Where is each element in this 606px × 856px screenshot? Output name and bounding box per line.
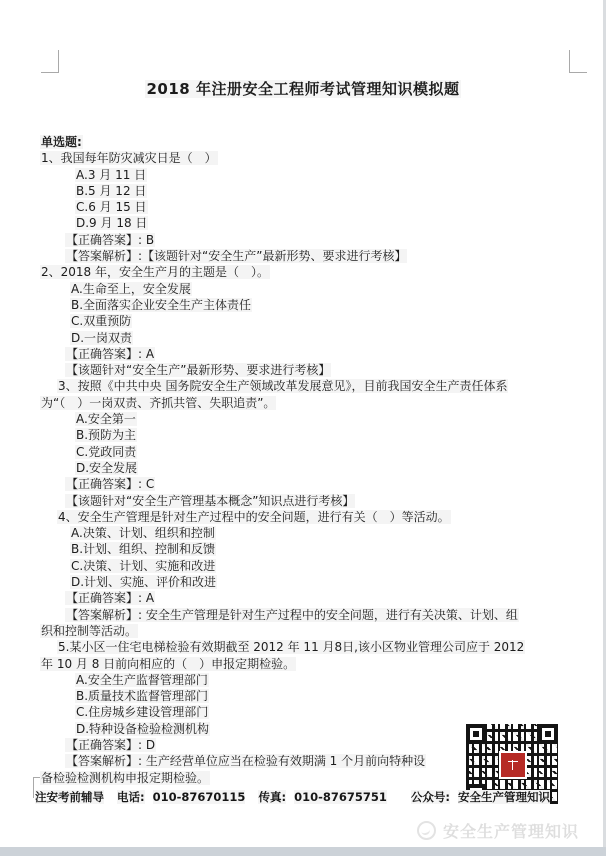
doc-title: 2018 年注册安全工程师考试管理知识模拟题	[0, 78, 606, 99]
q5-option-a: A.安全生产监督管理部门	[40, 672, 576, 688]
q4-answer-analysis-line2: 织和控制等活动。	[40, 623, 576, 639]
wechat-account: 安全生产管理知识	[458, 790, 550, 804]
brand-name: 安全生产管理知识	[443, 819, 579, 842]
qr-finder-top-left	[466, 724, 486, 744]
question-1: 1、我国每年防灾减灾日是（ ）	[40, 150, 576, 166]
q4-option-b: B.计划、组织、控制和反馈	[40, 541, 576, 557]
q2-option-a: A.生命至上，安全发展	[40, 281, 576, 297]
bottom-gray-band	[0, 847, 606, 856]
q1-option-c: C.6 月 15 日	[40, 199, 576, 215]
q2-option-b: B.全面落实企业安全生产主体责任	[40, 297, 576, 313]
brand-watermark: 安全生产管理知识	[417, 819, 579, 842]
q3-option-c: C.党政同责	[40, 444, 576, 460]
q4-option-a: A.决策、计划、组织和控制	[40, 525, 576, 541]
q2-correct-answer: 【正确答案】: A	[40, 346, 576, 362]
question-4: 4、安全生产管理是针对生产过程中的安全问题，进行有关（ ）等活动。	[40, 509, 576, 525]
q5-option-b: B.质量技术监督管理部门	[40, 688, 576, 704]
wechat-label: 公众号:	[411, 790, 450, 804]
question-5-line1: 5.某小区一住宅电梯检验有效期截至 2012 年 11 月8日,该小区物业管理公…	[40, 639, 576, 655]
phone-label: 电话:	[117, 790, 145, 804]
q2-option-d: D.一岗双责	[40, 330, 576, 346]
phone-number: 010-87670115	[153, 790, 246, 804]
q1-option-d: D.9 月 18 日	[40, 215, 576, 231]
fax-label: 传真:	[258, 790, 286, 804]
qr-finder-top-right	[538, 724, 558, 744]
q3-option-a: A.安全第一	[40, 411, 576, 427]
fax-number: 010-87675751	[294, 790, 387, 804]
q4-answer-analysis-line1: 【答案解析】: 安全生产管理是针对生产过程中的安全问题，进行有关决策、计划、组	[40, 607, 576, 623]
q1-option-a: A.3 月 11 日	[40, 167, 576, 183]
question-3-line2: 为“（ ）一岗双责、齐抓共管、失职追责”。	[40, 395, 576, 411]
question-5-line2: 年 10 月 8 日前向相应的（ ）申报定期检验。	[40, 656, 576, 672]
doc-body: 单选题: 1、我国每年防灾减灾日是（ ） A.3 月 11 日 B.5 月 12…	[40, 134, 576, 786]
q4-option-d: D.计划、实施、评价和改进	[40, 574, 576, 590]
q3-option-d: D.安全发展	[40, 460, 576, 476]
document-page: 2018 年注册安全工程师考试管理知识模拟题 单选题: 1、我国每年防灾减灾日是…	[0, 0, 606, 856]
footer-prefix: 注安考前辅导	[35, 790, 104, 804]
q2-answer-analysis: 【该题针对“安全生产”最新形势、要求进行考核】	[40, 362, 576, 378]
q1-option-b: B.5 月 12 日	[40, 183, 576, 199]
margin-crop-mark-top-left	[41, 50, 59, 73]
brand-logo-icon	[417, 821, 436, 840]
q3-correct-answer: 【正确答案】: C	[40, 476, 576, 492]
q3-option-b: B.预防为主	[40, 427, 576, 443]
footer-contact-line: 注安考前辅导 电话: 010-87670115 传真: 010-87675751…	[35, 789, 550, 805]
section-heading: 单选题:	[40, 134, 576, 150]
qr-center-seal-logo	[499, 751, 527, 779]
q3-answer-analysis: 【该题针对“安全生产管理基本概念”知识点进行考核】	[40, 493, 576, 509]
q1-correct-answer: 【正确答案】: B	[40, 232, 576, 248]
q4-option-c: C.决策、计划、实施和改进	[40, 558, 576, 574]
question-3-line1: 3、按照《中共中央 国务院安全生产领域改革发展意见》，目前我国安全生产责任体系	[40, 378, 576, 394]
q2-option-c: C.双重预防	[40, 313, 576, 329]
margin-crop-mark-top-right	[569, 50, 587, 73]
q5-option-c: C.住房城乡建设管理部门	[40, 704, 576, 720]
question-2: 2、2018 年，安全生产月的主题是（ ）。	[40, 264, 576, 280]
q1-answer-analysis: 【答案解析】:【该题针对“安全生产”最新形势、要求进行考核】	[40, 248, 576, 264]
q4-correct-answer: 【正确答案】: A	[40, 590, 576, 606]
